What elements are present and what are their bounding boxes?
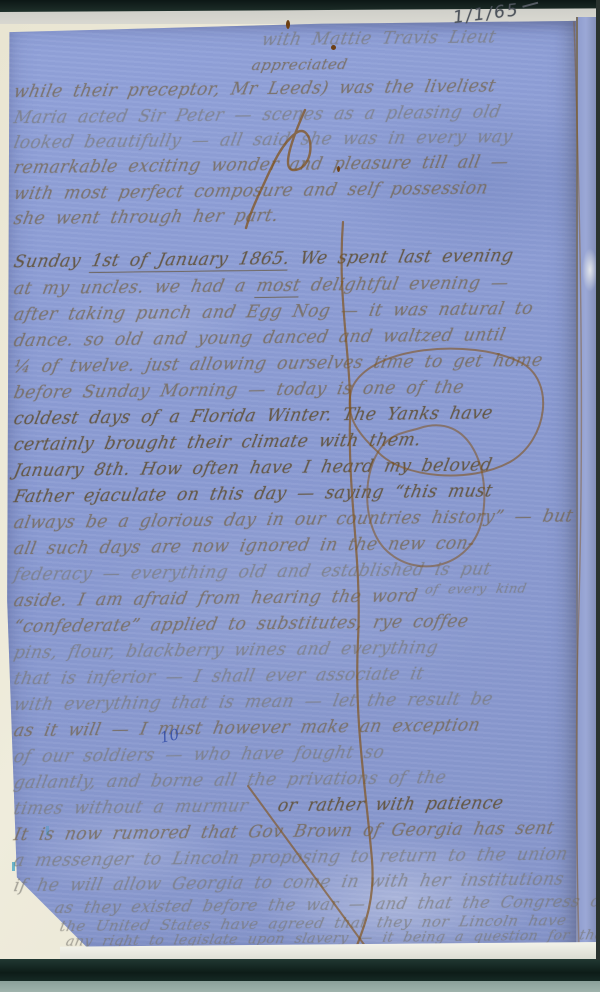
margin-mark (46, 826, 49, 835)
page-fold-line (576, 17, 578, 955)
manuscript-page (6, 20, 578, 956)
ink-speck (337, 166, 340, 172)
scan-right-edge (596, 0, 600, 960)
scanner-bed-bottom-light-band (0, 981, 600, 992)
ink-speck (331, 45, 336, 50)
manuscript-scan: with Mattie Travis Lieutappreciatedwhile… (0, 0, 600, 992)
binding-edge-adjacent-page (576, 17, 598, 955)
margin-mark (12, 862, 15, 871)
scanner-bed-bottom-band (0, 959, 600, 982)
ink-speck (286, 20, 290, 29)
